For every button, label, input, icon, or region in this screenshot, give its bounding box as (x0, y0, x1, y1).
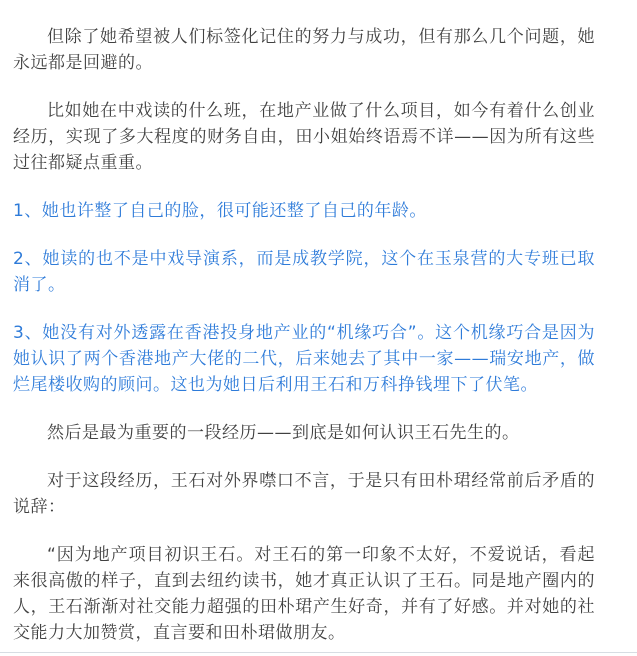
highlighted-paragraph: 3、她没有对外透露在香港投身地产业的“机缘巧合”。这个机缘巧合是因为她认识了两个… (13, 320, 595, 398)
paragraph: 对于这段经历，王石对外界噤口不言，于是只有田朴珺经常前后矛盾的说辞： (13, 468, 595, 520)
paragraph: 比如她在中戏读的什么班，在地产业做了什么项目，如今有着什么创业经历，实现了多大程… (13, 98, 595, 176)
paragraph: “因为地产项目初识王石。对王石的第一印象不太好，不爱说话，看起来很高傲的样子，直… (13, 542, 595, 646)
bottom-divider (0, 652, 637, 653)
paragraph: 然后是最为重要的一段经历——到底是如何认识王石先生的。 (13, 420, 595, 446)
highlighted-paragraph: 2、她读的也不是中戏导演系，而是成教学院，这个在玉泉营的大专班已取消了。 (13, 246, 595, 298)
article-content: 但除了她希望被人们标签化记住的努力与成功，但有那么几个问题，她永远都是回避的。比… (0, 0, 637, 646)
highlighted-paragraph: 1、她也许整了自己的脸，很可能还整了自己的年龄。 (13, 198, 595, 224)
paragraph: 但除了她希望被人们标签化记住的努力与成功，但有那么几个问题，她永远都是回避的。 (13, 24, 595, 76)
